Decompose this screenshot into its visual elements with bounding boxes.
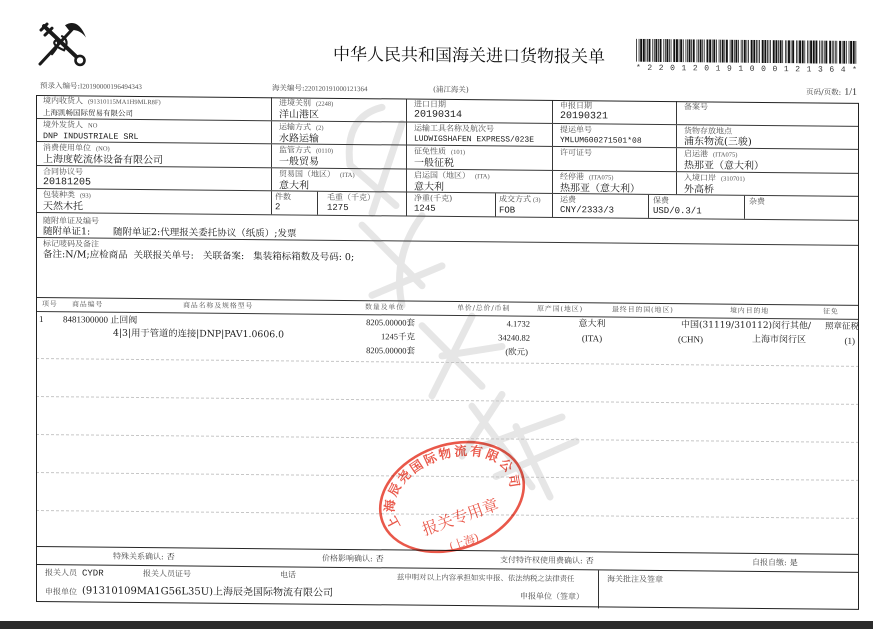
item-domestic-destination-1: (31119/310112)闵行其他/ bbox=[699, 320, 811, 331]
field-net-weight: 净重(千克) 1245 bbox=[406, 193, 495, 217]
field-code: (ITA075) bbox=[589, 174, 613, 181]
declaring-unit-label: 申报单位 bbox=[45, 586, 77, 598]
field-label: 消费使用单位 bbox=[43, 143, 91, 152]
field-label: 启运国（地区） bbox=[414, 171, 470, 181]
item-levy: 照章征税 bbox=[825, 320, 859, 334]
field-label: 境内收货人 bbox=[43, 96, 83, 105]
field-label: 许可证号 bbox=[560, 148, 676, 159]
field-label: 运输方式 bbox=[279, 122, 311, 131]
field-supervision-mode: 监管方式(0110) 一般贸易 bbox=[271, 144, 406, 168]
barcode-digit: 0 bbox=[670, 64, 675, 74]
item-origin-code: (ITA) bbox=[557, 331, 627, 346]
stamp-bottom-text: (上海) bbox=[447, 530, 481, 553]
field-label: 进境关别 bbox=[279, 98, 311, 107]
special-relation-label: 特殊关系确认: bbox=[113, 552, 164, 561]
item-origin: 意大利 bbox=[557, 317, 627, 332]
barcode-digit: 2 bbox=[795, 65, 800, 75]
field-value: FOB bbox=[499, 205, 552, 217]
field-code: (3) bbox=[533, 197, 541, 204]
self-report-label: 自报自缴: bbox=[752, 558, 787, 567]
page-count-value: 1/1 bbox=[844, 87, 857, 98]
col-item-no: 项号 bbox=[42, 298, 58, 311]
field-contract-no: 合同协议号 20181205 bbox=[36, 166, 271, 190]
col-origin: 原产国(地区) bbox=[537, 303, 583, 316]
field-transaction-mode: 成交方式(3) FOB bbox=[495, 193, 552, 217]
field-label: 成交方式 bbox=[499, 194, 531, 203]
customs-number-value: 220120191000121364 bbox=[305, 85, 368, 94]
declaration-statement: 兹申明对以上内容承担如实申报、依法纳税之法律责任 bbox=[397, 571, 574, 585]
item-quantity-2: 1245千克 bbox=[326, 329, 415, 344]
declarant-person: CYDR bbox=[82, 567, 104, 579]
item-quantity-1: 8205.00000套 bbox=[326, 315, 415, 330]
field-code: (NO) bbox=[96, 146, 110, 153]
marks-remarks-row: 标记唛码及备注 备注:N/M;应检商品 关联报关单号: 关联备案: 集装箱标箱数… bbox=[36, 237, 859, 305]
customs-number: 海关编号:220120191000121364 bbox=[272, 83, 368, 94]
pre-entry-value: I20190000196494343 bbox=[80, 82, 142, 91]
field-label: 件数 bbox=[275, 192, 317, 202]
item-destination-country-code: (CHN) bbox=[678, 332, 703, 346]
field-code: (101) bbox=[451, 149, 465, 156]
field-label: 入境口岸 bbox=[684, 173, 716, 182]
field-transit-port: 经停港(ITA075) 热那亚（意大利） bbox=[552, 171, 676, 194]
barcode-digit: 9 bbox=[727, 65, 732, 75]
barcode bbox=[636, 39, 857, 64]
field-departure-country: 启运国（地区）(ITA) 意大利 bbox=[406, 170, 552, 193]
field-label: 贸易国（地区） bbox=[279, 169, 335, 179]
field-other-charges: 杂费 bbox=[744, 196, 859, 220]
item-levy-code: (1) bbox=[826, 334, 855, 348]
pre-entry-number: 预录入编号:I20190000196494343 bbox=[40, 81, 142, 92]
item-unit-price: 4.1732 bbox=[456, 316, 530, 331]
field-code: (310701) bbox=[721, 176, 745, 183]
field-levy-nature: 征免性质(101) 一般征税 bbox=[406, 146, 552, 170]
page-count: 页码/页数:1/1 bbox=[806, 87, 857, 97]
col-levy: 征免 bbox=[823, 306, 839, 319]
item-quantity-3: 8205.00000套 bbox=[326, 343, 415, 358]
self-report-value: 是 bbox=[790, 558, 798, 567]
field-code: (0110) bbox=[316, 148, 333, 155]
field-insurance: 保费 USD/0.3/1 bbox=[648, 195, 744, 219]
field-record-no: 备案号 bbox=[676, 101, 859, 126]
field-entry-customs: 进境关别(2248) 洋山港区 bbox=[271, 97, 406, 121]
barcode-digit: 2 bbox=[693, 64, 698, 74]
field-code: (ITA075) bbox=[713, 151, 737, 158]
declarant-person-label: 报关人员 bbox=[45, 567, 77, 579]
field-bill-of-lading: 提运单号 YMLUM600271501*08 bbox=[552, 124, 676, 147]
field-value: 1275 bbox=[327, 203, 406, 215]
barcode-digit: 3 bbox=[818, 66, 823, 76]
barcode-digit: 6 bbox=[829, 66, 834, 76]
field-label: 包装种类 bbox=[43, 190, 75, 199]
china-customs-emblem-icon bbox=[38, 20, 88, 66]
col-quantity-unit: 数量及单位 bbox=[365, 301, 404, 314]
document-title: 中华人民共和国海关进口货物报关单 bbox=[333, 45, 605, 68]
col-hs-code: 商品编号 bbox=[72, 298, 103, 311]
field-label: 经停港 bbox=[560, 172, 584, 181]
field-freight: 运费 CNY/2333/3 bbox=[552, 194, 648, 218]
field-declaration-date: 申报日期 20190321 bbox=[552, 100, 676, 124]
item-destination: 中国(31119/310112)闵行其他/ bbox=[681, 318, 811, 333]
col-price-currency: 单价/总价/币制 bbox=[457, 302, 510, 316]
customs-note-label: 海关批注及签章 bbox=[607, 573, 663, 586]
col-name-spec: 商品名称及规格型号 bbox=[183, 299, 253, 313]
viewer-bottom-bar bbox=[0, 621, 873, 629]
item-hs-code: 8481300000 bbox=[63, 314, 108, 324]
field-consumer-unit: 消费使用单位(NO) 上海度乾流体设备有限公司 bbox=[36, 142, 271, 167]
field-code: (2248) bbox=[316, 101, 333, 108]
declaring-unit: (91310109MA1G56L35U)上海辰尧国际物流有限公司 bbox=[82, 584, 333, 599]
field-value: 2 bbox=[275, 202, 317, 213]
special-relation-value: 否 bbox=[167, 552, 175, 561]
barcode-digit: * bbox=[852, 66, 857, 76]
pre-entry-label: 预录入编号: bbox=[40, 81, 80, 90]
field-goods-location: 货物存放地点 浦东物流(三骏) bbox=[676, 125, 859, 149]
field-code: NO bbox=[88, 122, 97, 129]
field-code: (2) bbox=[316, 125, 324, 132]
barcode-digits: *220120191000121364* bbox=[636, 64, 857, 76]
item-total-price: 34240.82 bbox=[456, 330, 530, 345]
barcode-digit: 1 bbox=[784, 65, 789, 75]
item-spec: 4|3|用于管道的连接|DNP|PAV1.0606.0 bbox=[113, 327, 284, 343]
field-consignee: 境内收货人(91310115MA1H9MLR8F) 上海凯畅国际贸易有限公司 bbox=[36, 95, 271, 120]
page-count-label: 页码/页数: bbox=[806, 87, 841, 96]
field-code: (91310115MA1H9MLR8F) bbox=[88, 98, 161, 106]
item-domestic-destination-2: 上海市闵行区 bbox=[752, 333, 806, 348]
field-label: 境外发货人 bbox=[43, 120, 83, 129]
barcode-digit: 2 bbox=[659, 64, 664, 74]
customs-declaration-document: 中华人民共和国海关进口货物报关单 *220120191000121364* 预录… bbox=[0, 0, 873, 627]
field-value: 20190321 bbox=[560, 111, 676, 123]
customs-office: (浦江海关) bbox=[433, 85, 469, 95]
col-domestic-destination: 境内目的地 bbox=[730, 305, 769, 318]
barcode-digit: 1 bbox=[738, 65, 743, 75]
field-package-type: 包装种类(93) 天然木托 bbox=[36, 189, 271, 214]
item-hs-name: 8481300000 止回阀 bbox=[63, 312, 137, 328]
declaring-unit-sign-label: 申报单位（签章） bbox=[520, 591, 584, 604]
col-final-destination: 最终目的国(地区) bbox=[612, 304, 674, 318]
field-value: CNY/2333/3 bbox=[560, 205, 648, 217]
field-code: (ITA) bbox=[475, 173, 490, 180]
item-destination-country: 中国 bbox=[681, 320, 699, 330]
barcode-digit: 0 bbox=[761, 65, 766, 75]
field-license-no: 许可证号 bbox=[552, 147, 676, 171]
declarant-cert-label: 报关人员证号 bbox=[143, 568, 191, 580]
barcode-digit: 1 bbox=[682, 64, 687, 74]
field-code: (ITA) bbox=[340, 172, 355, 179]
field-overseas-consignor: 境外发货人NO DNP INDUSTRIALE SRL bbox=[36, 119, 271, 143]
customs-note-divider bbox=[598, 570, 599, 608]
barcode-digit: 2 bbox=[647, 64, 652, 74]
item-divider bbox=[36, 396, 859, 405]
field-transport-mode: 运输方式(2) 水路运输 bbox=[271, 121, 406, 144]
field-label: 启运港 bbox=[684, 149, 708, 158]
item-divider bbox=[36, 358, 859, 367]
field-gross-weight: 毛重（千克） 1275 bbox=[317, 192, 406, 216]
price-influence-label: 价格影响确认: bbox=[322, 554, 373, 563]
barcode-digit: 1 bbox=[807, 65, 812, 75]
barcode-digit: 0 bbox=[773, 65, 778, 75]
special-relation-confirmation: 特殊关系确认:否 bbox=[113, 551, 175, 564]
field-label: 征免性质 bbox=[414, 147, 446, 156]
barcode-digit: 4 bbox=[841, 66, 846, 76]
barcode-digit: 0 bbox=[750, 65, 755, 75]
field-value: USD/0.3/1 bbox=[653, 206, 744, 218]
field-value: 1245 bbox=[414, 204, 495, 216]
field-label: 备案号 bbox=[684, 102, 859, 114]
self-report-confirmation: 自报自缴:是 bbox=[752, 557, 798, 569]
field-conveyance-voyage: 运输工具名称及航次号 LUDWIGSHAFEN EXPRESS/023E bbox=[406, 123, 552, 146]
company-seal-stamp: 上海辰尧国际物流有限公司 报关专用章 (上海) bbox=[367, 426, 537, 568]
item-currency: (欧元) bbox=[456, 344, 528, 359]
field-label: 监管方式 bbox=[279, 145, 311, 154]
field-departure-port: 启运港(ITA075) 热那亚（意大利） bbox=[676, 148, 859, 173]
field-entry-port: 入境口岸(310701) 外高桥 bbox=[676, 172, 859, 196]
field-packages: 件数 2 bbox=[271, 191, 317, 214]
royalty-value: 否 bbox=[586, 556, 594, 565]
phone-label: 电话 bbox=[280, 569, 296, 581]
stamp-center-text: 报关专用章 bbox=[419, 495, 501, 540]
item-name: 止回阀 bbox=[110, 316, 137, 326]
barcode-digit: 1 bbox=[716, 65, 721, 75]
field-value: 20190314 bbox=[414, 110, 552, 122]
declarant-row: 报关人员 CYDR 报关人员证号 电话 兹申明对以上内容承担如实申报、依法纳税之… bbox=[36, 564, 859, 610]
customs-number-label: 海关编号: bbox=[272, 83, 305, 92]
barcode-digit: 0 bbox=[704, 64, 709, 74]
field-label: 杂费 bbox=[749, 197, 859, 208]
barcode-digit: * bbox=[636, 64, 641, 74]
item-no: 1 bbox=[39, 312, 44, 326]
field-import-date: 进口日期 20190314 bbox=[406, 99, 552, 123]
field-trade-country: 贸易国（地区）(ITA) 意大利 bbox=[271, 168, 406, 191]
field-code: (93) bbox=[80, 192, 91, 199]
